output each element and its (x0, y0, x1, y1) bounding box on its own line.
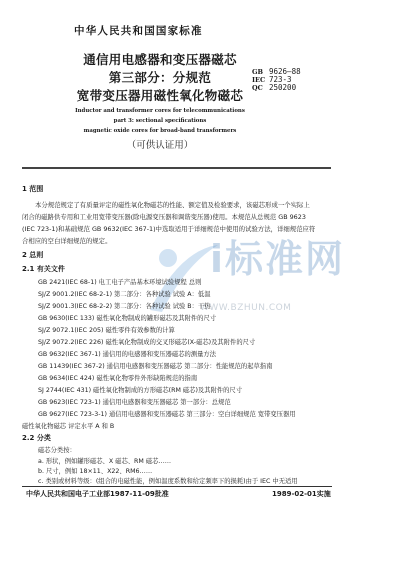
section-2-2-heading: 2.2 分类 (22, 433, 51, 443)
classification-item-b: b. 尺寸，例如 18×11、X22、RM6…… (38, 466, 152, 475)
title-en-line-3: magnetic oxide cores for broad-band tran… (40, 128, 280, 134)
watermark-url: WWW.BZHUN.COM (200, 303, 291, 313)
title-zh-line-2: 第三部分：分规范 (60, 68, 260, 86)
reference-item: GB 9623(IEC 723-1) 通信用电感器和变压器磁芯 第一部分：总规范 (38, 397, 231, 406)
footer-divider (22, 486, 332, 487)
approval-date: 中华人民共和国电子工业部1987-11-09批准 (26, 489, 169, 499)
watermark-text: i标准网 (210, 228, 345, 283)
implementation-date: 1989-02-01实施 (272, 489, 331, 499)
classification-item-a: a. 形状，例如罐形磁芯、X 磁芯、RM 磁芯…… (38, 456, 171, 465)
national-standard-label: 中华人民共和国国家标准 (74, 23, 203, 38)
title-zh-line-3: 宽带变压器用磁性氧化物磁芯 (60, 86, 260, 104)
reference-item: SJ/Z 9072.2(IEC 226) 磁性氧化物制成的交叉形磁芯(X-磁芯)… (38, 337, 255, 346)
classification-item-c: c. 类别或材料等级：(组合的电磁性能，例如温度系数和给定频率下的损耗)由于 I… (38, 476, 298, 485)
certification-note: （可供认证用） (100, 137, 220, 151)
reference-item: GB 9634(IEC 424) 磁性氧化物零件外形缺陷规范的指南 (38, 373, 197, 382)
classification-intro: 磁芯分类按： (38, 445, 76, 454)
reference-item-continuation: 磁性氧化物磁芯 评定水平 A 和 B (22, 421, 114, 430)
reference-item: GB 9627(IEC 723-3-1) 通信用电感器和变压器磁芯 第三部分：空… (38, 409, 296, 418)
title-zh-line-1: 通信用电感器和变压器磁芯 (60, 50, 260, 68)
reference-item: GB 9632(IEC 367-1) 通信用的电感器和变压器磁芯的测量方法 (38, 349, 216, 358)
header-divider (22, 167, 331, 169)
reference-item: GB 9630(IEC 133) 磁性氧化物制成的罐形磁芯及其附件的尺寸 (38, 313, 216, 322)
section-1-paragraph-line: 合相应的空白详细规范的规定。 (22, 236, 111, 245)
code-qc: QC250200 (252, 84, 301, 92)
reference-item: SJ/Z 9072.1(IEC 205) 磁性零件有效参数的计算 (38, 325, 175, 334)
reference-item: GB 11439(IEC 367-2) 通信用电感器和变压器磁芯 第二部分：性能… (38, 361, 272, 370)
section-2-heading: 2 总则 (22, 250, 43, 260)
section-1-paragraph-line: 本分规范规定了有质量评定的磁性氧化物磁芯的性能、额定值及检验要求，该磁芯形成一个… (35, 200, 310, 209)
reference-item: SJ/Z 9001.3(IEC 68-2-2) 第二部分：各种试验 试验 B：干… (38, 301, 211, 310)
reference-item: SJ/Z 9001.2(IEC 68-2-1) 第二部分：各种试验 试验 A：低… (38, 289, 211, 298)
section-1-paragraph-line: 闭合的磁路供专用和工业用宽带变压器(除电源变压器和调谐变压器)使用。本规范从总规… (22, 212, 306, 221)
section-1-paragraph-line: (IEC 723-1)和基础规范 GB 9632(IEC 367-1)中选取适用… (22, 224, 315, 233)
section-2-1-heading: 2.1 有关文件 (22, 264, 65, 274)
title-en-line-1: Inductor and transformer cores for telec… (40, 108, 280, 114)
standard-codes: GB9626—88 IEC723-3 QC250200 (252, 68, 301, 92)
section-1-heading: 1 范围 (22, 184, 43, 194)
reference-item: SJ 2744(IEC 431) 磁性氧化物制成的方形磁芯(RM 磁芯)及其附件… (38, 385, 242, 394)
reference-item: GB 2421(IEC 68-1) 电工电子产品基本环境试验规程 总则 (38, 277, 201, 286)
title-en-line-2: part 3: sectional specifications (40, 118, 280, 124)
